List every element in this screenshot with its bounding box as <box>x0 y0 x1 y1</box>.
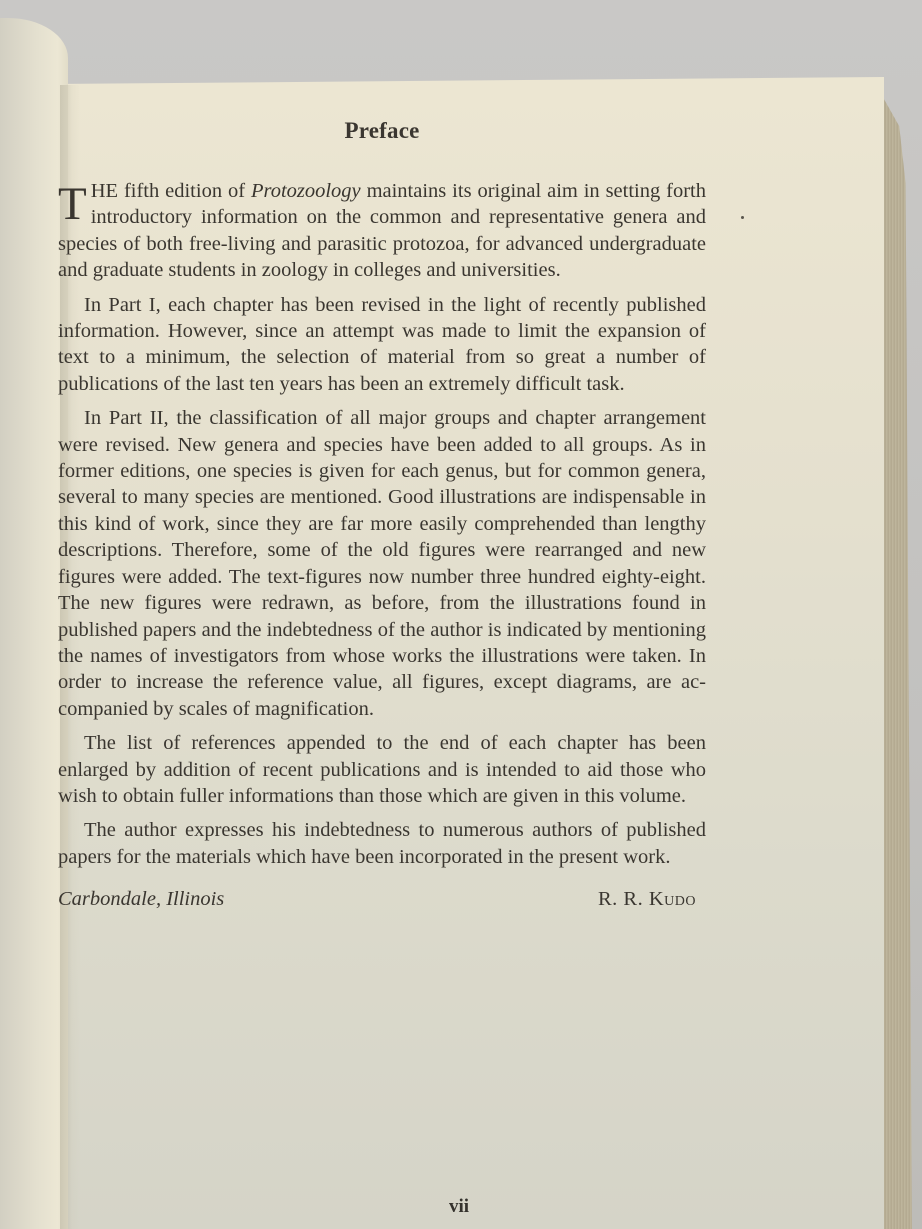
page-content: Preface THE fifth edition of Protozoolog… <box>58 118 706 911</box>
author-initials: R. R. <box>598 888 649 910</box>
paragraph-part-one: In Part I, each chapter has been revised… <box>58 292 706 398</box>
signature-block: Carbondale, Illinois R. R. Kudo <box>58 888 706 911</box>
book-title-italic: Protozoology <box>251 180 361 202</box>
paragraph-references: The list of references appended to the e… <box>58 730 706 809</box>
paper-speck <box>741 216 744 219</box>
page-number: vii <box>449 1196 469 1218</box>
author-surname: Kudo <box>649 888 696 910</box>
lead-caps: HE <box>91 180 118 202</box>
signature-place: Carbondale, Illinois <box>58 888 224 911</box>
drop-cap: T <box>58 184 87 224</box>
page-title: Preface <box>58 118 706 144</box>
paragraph-acknowledgment: The author expresses his indebtedness to… <box>58 817 706 870</box>
signature-author: R. R. Kudo <box>598 888 706 911</box>
intro-text-a: fifth edition of <box>118 180 251 202</box>
paragraph-intro: THE fifth edition of Protozoology mainta… <box>58 178 706 284</box>
paragraph-part-two: In Part II, the classification of all ma… <box>58 405 706 722</box>
